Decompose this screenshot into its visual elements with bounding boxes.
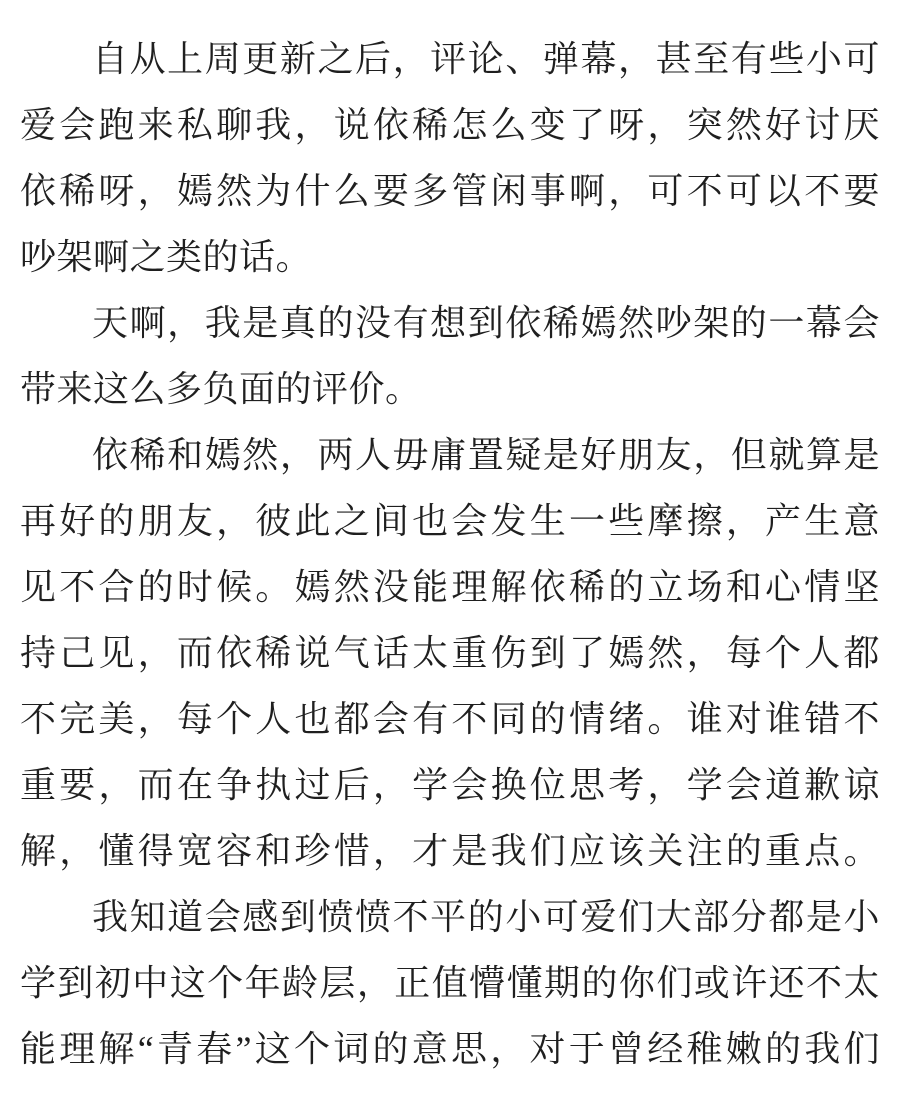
paragraph: 天啊，我是真的没有想到依稀嫣然吵架的一幕会 带来这么多负面的评价。	[20, 290, 880, 422]
text-line: 爱会跑来私聊我，说依稀怎么变了呀，突然好讨厌	[20, 92, 880, 158]
text-line: 吵架啊之类的话。	[20, 224, 880, 290]
paragraph: 自从上周更新之后，评论、弹幕，甚至有些小可 爱会跑来私聊我，说依稀怎么变了呀，突…	[20, 26, 880, 290]
text-line: 我知道会感到愤愤不平的小可爱们大部分都是小	[20, 884, 880, 950]
text-line: 依稀和嫣然，两人毋庸置疑是好朋友，但就算是	[20, 422, 880, 488]
text-line: 重要，而在争执过后，学会换位思考，学会道歉谅	[20, 752, 880, 818]
text-line: 持己见，而依稀说气话太重伤到了嫣然，每个人都	[20, 620, 880, 686]
paragraph: 依稀和嫣然，两人毋庸置疑是好朋友，但就算是 再好的朋友，彼此之间也会发生一些摩擦…	[20, 422, 880, 884]
text-line: 见不合的时候。嫣然没能理解依稀的立场和心情坚	[20, 554, 880, 620]
paragraph: 我知道会感到愤愤不平的小可爱们大部分都是小 学到初中这个年龄层，正值懵懂期的你们…	[20, 884, 880, 1082]
text-line: 再好的朋友，彼此之间也会发生一些摩擦，产生意	[20, 488, 880, 554]
text-line: 天啊，我是真的没有想到依稀嫣然吵架的一幕会	[20, 290, 880, 356]
text-line: 解，懂得宽容和珍惜，才是我们应该关注的重点。	[20, 818, 880, 884]
text-line: 能理解“青春”这个词的意思，对于曾经稚嫩的我们	[20, 1016, 880, 1082]
text-line: 不完美，每个人也都会有不同的情绪。谁对谁错不	[20, 686, 880, 752]
text-line: 学到初中这个年龄层，正值懵懂期的你们或许还不太	[20, 950, 880, 1016]
text-line: 带来这么多负面的评价。	[20, 356, 880, 422]
document-page: 自从上周更新之后，评论、弹幕，甚至有些小可 爱会跑来私聊我，说依稀怎么变了呀，突…	[0, 0, 900, 1100]
text-line: 自从上周更新之后，评论、弹幕，甚至有些小可	[20, 26, 880, 92]
text-line: 依稀呀，嫣然为什么要多管闲事啊，可不可以不要	[20, 158, 880, 224]
